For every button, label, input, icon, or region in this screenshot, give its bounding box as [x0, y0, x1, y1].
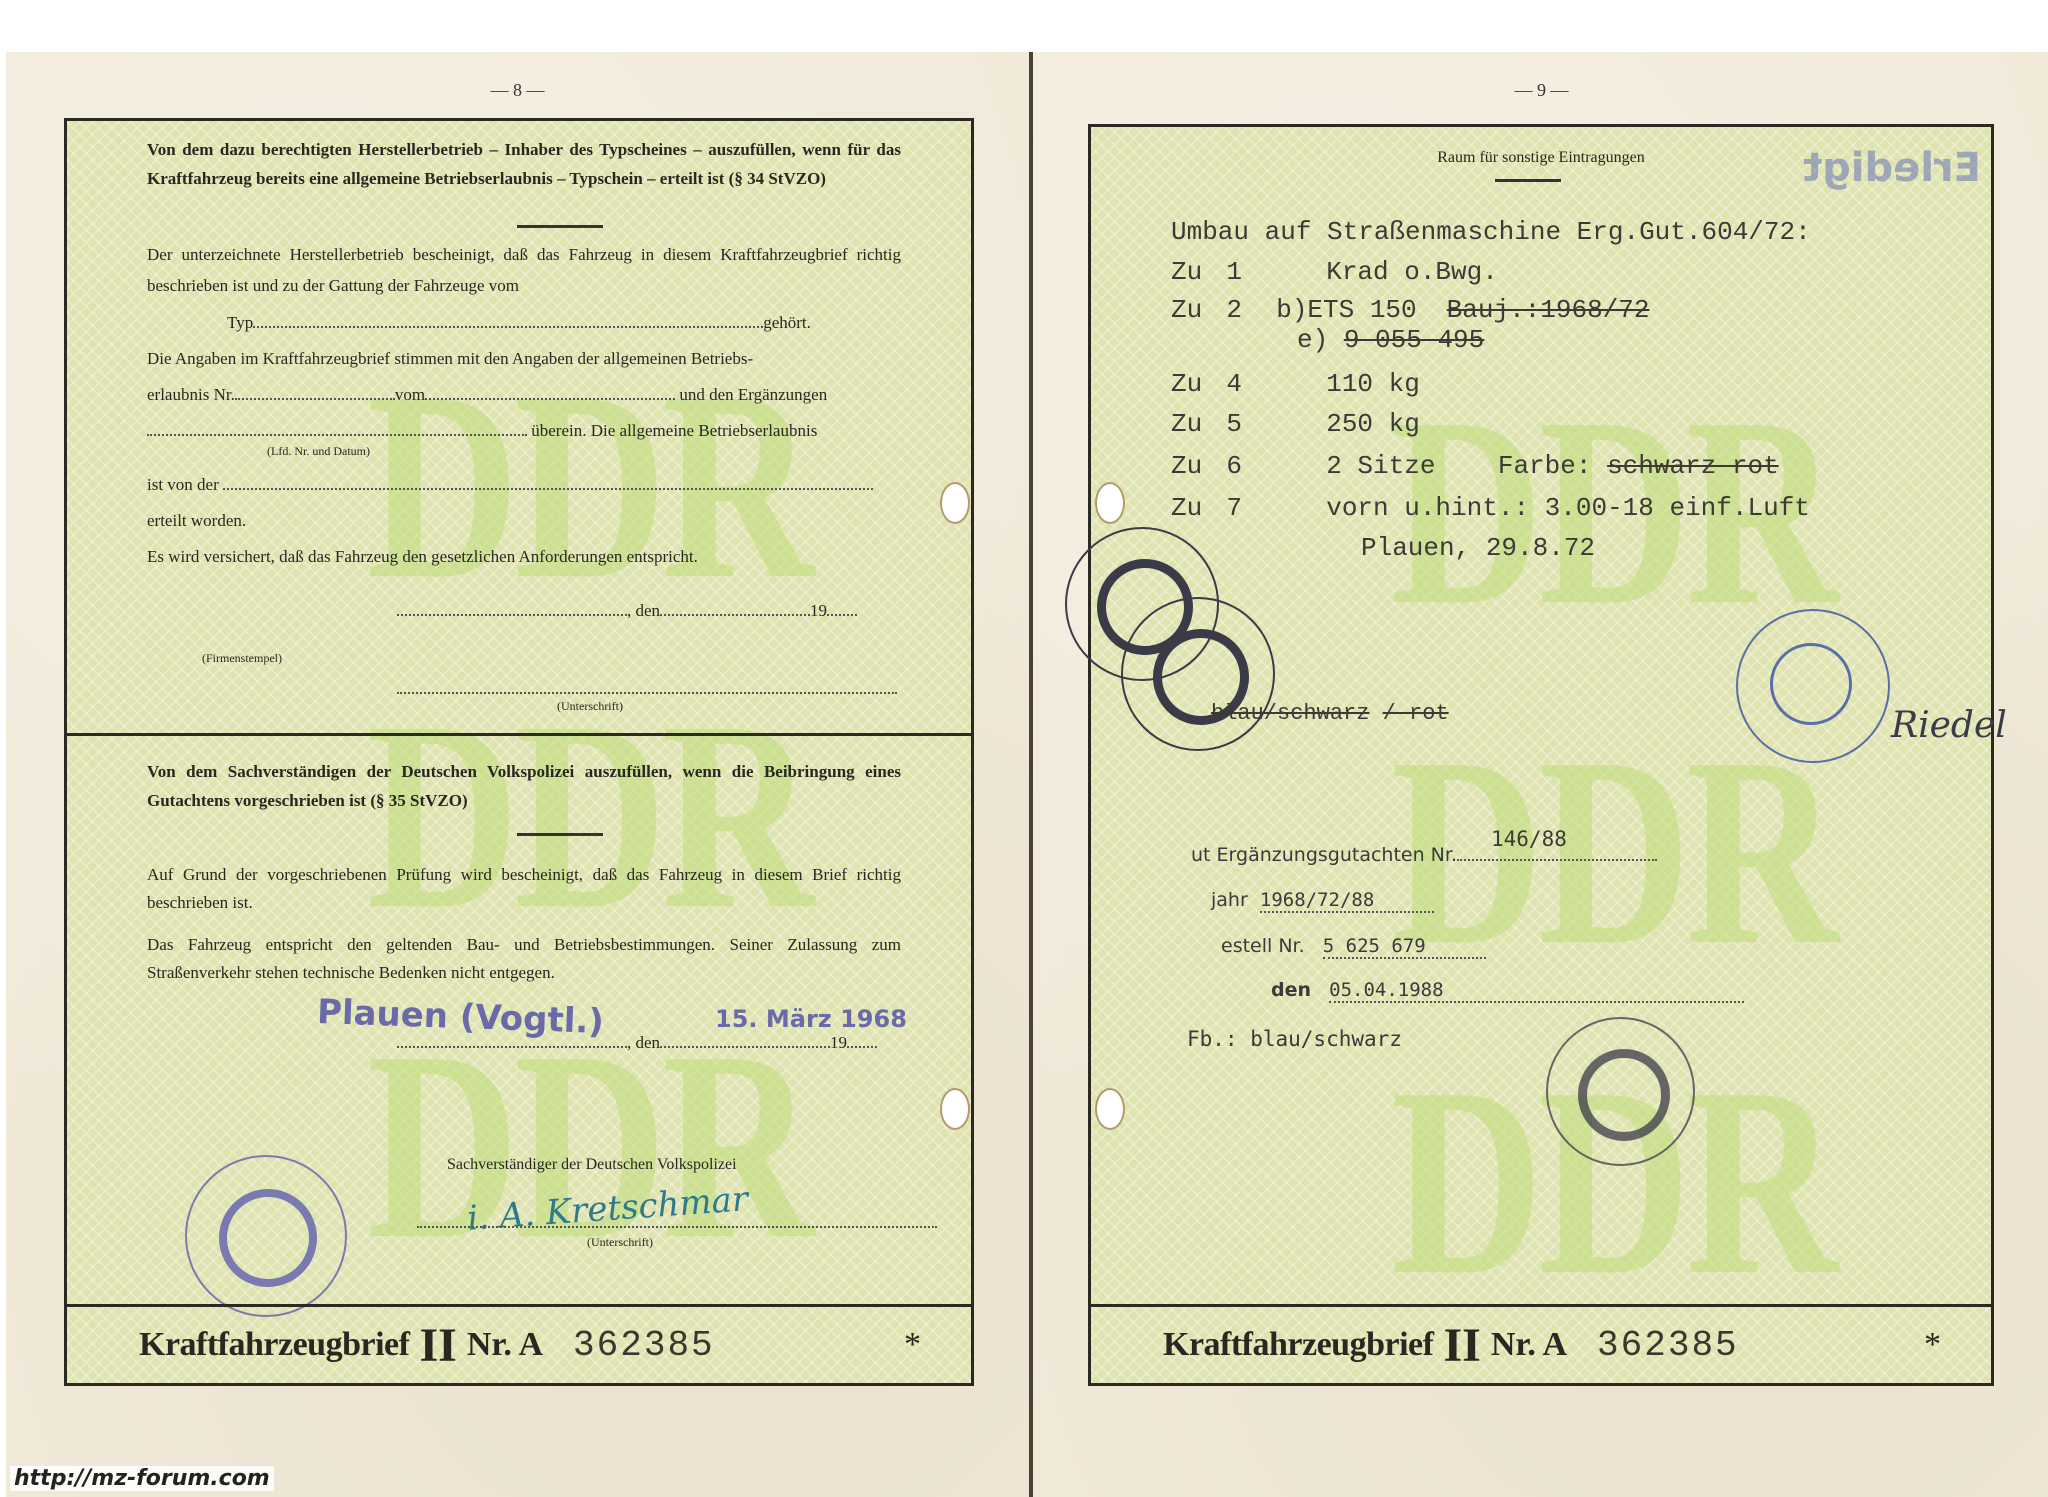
ort-field[interactable] [397, 596, 627, 616]
lfd-hint: (Lfd. Nr. und Datum) [147, 443, 901, 459]
footer-nr-label: Nr. A [467, 1326, 543, 1364]
footer-roman: II [1443, 1318, 1480, 1373]
ist-von-der-line: ist von der [147, 469, 901, 500]
entry-row: Umbau auf Straßenmaschine Erg.Gut.604/72… [1171, 217, 1811, 247]
punch-hole [1095, 1088, 1125, 1130]
kreisamt-seal [1121, 597, 1275, 751]
right-footer: Kraftfahrzeugbrief II Nr. A 362385 * [1091, 1304, 1991, 1383]
typ-line: Typgehört. [147, 307, 901, 338]
bestell-value: 5 625 679 [1323, 935, 1486, 959]
uebereinstimmung-line: überein. Die allgemeine Betriebserlaubni… [147, 415, 901, 446]
entry-row: Zu4110 kg [1171, 369, 1420, 399]
baujahr-line: jahr 1968/72/88 [1211, 889, 1434, 911]
erlaubnis-nr-field[interactable] [235, 380, 395, 400]
kreisamt-seal [1546, 1017, 1695, 1166]
footer-title: Kraftfahrzeugbrief [139, 1326, 409, 1364]
date-stamp: 15. März 1968 [715, 1005, 907, 1033]
section2-para1: Auf Grund der vorgeschriebenen Prüfung w… [147, 861, 901, 917]
entry-row: Plauen, 29.8.72 [1361, 533, 1595, 563]
behoerde-field[interactable] [223, 470, 873, 490]
emblem-icon [1578, 1049, 1670, 1141]
right-form-frame: DDR DDR DDR Raum für sonstige Eintragung… [1088, 124, 1994, 1386]
typ-field[interactable] [253, 308, 763, 328]
page-number: — 9 — [1033, 80, 2048, 101]
entry-row: e) 9 055 495 [1297, 325, 1484, 355]
page-number: — 8 — [6, 80, 1029, 101]
punch-hole [1095, 482, 1125, 524]
divider [517, 833, 603, 836]
erteilt-text: erteilt worden. [147, 505, 901, 536]
color-change-line: blau/schwarz / rot [1211, 701, 1449, 726]
unterschrift-field-2[interactable] [417, 1208, 937, 1228]
mirrored-stamp: Erledigt [1803, 145, 1981, 191]
struck-text: 9 055 495 [1344, 325, 1484, 355]
star-icon: * [904, 1326, 921, 1364]
footer-nr-label: Nr. A [1491, 1326, 1567, 1364]
left-form-frame: DDR DDR DDR Von dem dazu berechtigten He… [64, 118, 974, 1386]
jahr-field[interactable] [827, 596, 857, 616]
gutachten-line: ut Ergänzungsgutachten Nr. [1191, 841, 1657, 866]
section-separator [67, 733, 971, 736]
divider [517, 225, 603, 228]
firmenstempel-label: (Firmenstempel) [147, 643, 901, 674]
left-page: — 8 — DDR DDR DDR Von dem dazu berechtig… [6, 52, 1031, 1497]
versichert-text: Es wird versichert, daß das Fahrzeug den… [147, 541, 901, 572]
unterschrift-label: (Unterschrift) [147, 691, 901, 722]
document-number: 362385 [1597, 1325, 1739, 1366]
source-watermark: http://mz-forum.com [10, 1466, 274, 1491]
farbe-entry: Fb.: blau/schwarz [1187, 1027, 1402, 1051]
ergaenzungen-field[interactable] [147, 416, 527, 436]
section1-para2: Die Angaben im Kraftfahrzeugbrief stimme… [147, 343, 901, 374]
entry-row: Zu7vorn u.hint.: 3.00-18 einf.Luft [1171, 493, 1810, 523]
star-icon: * [1924, 1326, 1941, 1364]
datum-field[interactable] [660, 596, 810, 616]
entry-row: Zu2b)ETS 150Bauj.:1968/72 [1171, 295, 1650, 325]
entry-row: Zu5250 kg [1171, 409, 1420, 439]
footer-title: Kraftfahrzeugbrief [1163, 1326, 1433, 1364]
section2-heading: Von dem Sachverständigen der Deutschen V… [147, 757, 901, 815]
section1-heading: Von dem dazu berechtigten Herstellerbetr… [147, 135, 901, 193]
right-page: — 9 — DDR DDR DDR Raum für sonstige Eint… [1031, 52, 2048, 1497]
erlaubnis-line: erlaubnis Nr.vom und den Ergänzungen [147, 379, 901, 410]
section1-para1: Der unterzeichnete Herstellerbetrieb bes… [147, 239, 901, 301]
vom-field[interactable] [425, 380, 675, 400]
date-line-1: , den19 [147, 595, 901, 626]
struck-text: Bauj.:1968/72 [1447, 295, 1650, 325]
punch-hole [940, 1088, 970, 1130]
document-number: 362385 [573, 1325, 715, 1366]
emblem-icon [1770, 643, 1852, 725]
gutachten-value: 146/88 [1491, 827, 1567, 851]
struck-text: schwarz-rot [1607, 451, 1779, 481]
footer-roman: II [419, 1318, 456, 1373]
emblem-icon [219, 1189, 317, 1287]
section2-para2: Das Fahrzeug entspricht den geltenden Ba… [147, 931, 901, 987]
baujahr-value: 1968/72/88 [1260, 889, 1434, 913]
entry-row: Zu1Krad o.Bwg. [1171, 257, 1498, 287]
left-footer: Kraftfahrzeugbrief II Nr. A 362385 * [67, 1304, 971, 1383]
datum-value: 05.04.1988 [1329, 979, 1743, 1003]
official-seal [185, 1155, 347, 1317]
bestell-line: estell Nr. 5 625 679 [1221, 935, 1486, 957]
datum-line: den 05.04.1988 [1271, 979, 1744, 1001]
punch-hole [940, 482, 970, 524]
kreisamt-plauen-seal [1736, 609, 1890, 763]
entry-row: Zu62 Sitze Farbe: schwarz-rot [1171, 451, 1779, 481]
divider [1495, 179, 1561, 182]
handwritten-signature: Riedel [1891, 705, 2007, 746]
